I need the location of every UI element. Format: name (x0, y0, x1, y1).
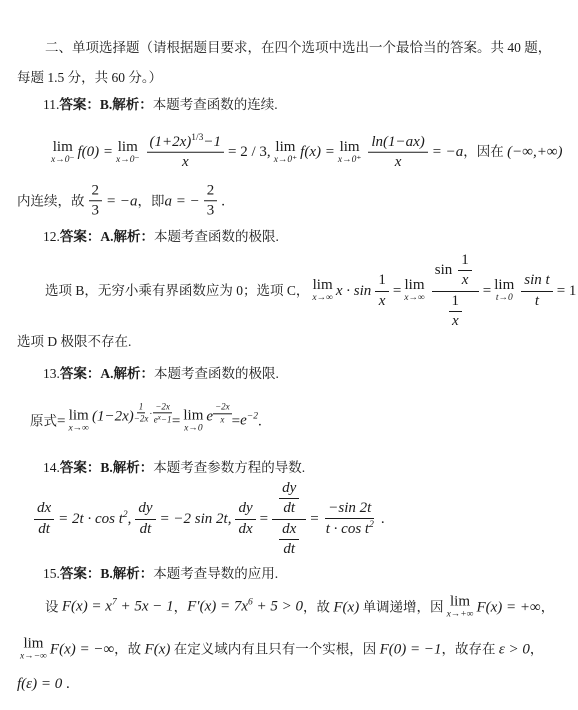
fraction-numerator: sin t (521, 272, 552, 291)
Fx-equals-x: F(x) = x (62, 599, 112, 615)
equals-sign: = (260, 509, 268, 529)
sin-operator: sin (435, 262, 453, 279)
equals-minus-a: = −a (106, 191, 138, 211)
exponent-block: −2xx (213, 403, 232, 425)
fraction-two-thirds: 23 (204, 182, 218, 220)
e-base: e (240, 413, 247, 429)
section-header-line2: 每题 1.5 分，共 60 分。） (17, 69, 162, 87)
so-text: ，故 (303, 598, 333, 616)
num-1: 1 (452, 293, 460, 310)
limit: limx→0⁻ (116, 139, 139, 165)
Fprime-equals-7x: F′(x) = 7x (187, 599, 248, 615)
q15-number: 15. (43, 565, 60, 583)
so-text: ，故 (114, 640, 144, 658)
num-1: 1 (461, 252, 469, 269)
fraction-denominator: dt (35, 520, 53, 538)
base-one-minus-2x: (1−2x) (92, 408, 134, 424)
fraction-denominator: 1x (442, 292, 470, 331)
limit-subscript: x→∞ (404, 294, 425, 304)
limit: limx→0⁺ (338, 139, 361, 165)
small-fraction: 1−2x (134, 402, 149, 424)
equals-sign: = (172, 411, 180, 431)
q11-formula-line1: limx→0⁻f(0) =limx→0⁻(1+2x)1/3−1x= 2 / 3,… (48, 133, 563, 172)
a-equals-minus: a = − (165, 191, 200, 211)
interval: (−∞,+∞) (507, 142, 562, 162)
small-fraction: −2xx (213, 403, 232, 425)
fraction: (1+2x)1/3−1x (147, 133, 225, 172)
minus-sin-2t: −sin 2t (328, 500, 371, 517)
equals-minus-2sin2t: = −2 sin 2t, (160, 509, 232, 529)
den-x: x (452, 313, 459, 330)
minus-one: −1 (161, 414, 172, 424)
dt: dt (38, 521, 50, 538)
section-header-line1: 二、单项选择题（请根据题目要求，在四个选项中选出一个最恰当的答案。共 40 题， (45, 39, 551, 57)
equals-2t-cos-t2: = 2t · cos t2, (58, 509, 131, 530)
fraction-numerator: 1 (458, 252, 472, 271)
section-title-text2: 每题 1.5 分，共 60 分。） (17, 69, 162, 87)
equals-minus-a: = −a (432, 142, 464, 162)
fraction-one-over-x: 1x (458, 252, 472, 290)
sin-t: sin t (524, 272, 549, 289)
fraction-numerator: −2x (153, 402, 172, 413)
limit-operator: lim (69, 408, 89, 423)
F-derivative: F′(x) = 7x6 + 5 > 0 (187, 597, 303, 618)
num-2: 2 (207, 182, 215, 199)
limit-operator: lim (313, 278, 333, 293)
t-cos-t2: t · cos t2 (326, 520, 374, 538)
epsilon-gt-0: ε > 0 (499, 639, 530, 659)
fraction-numerator: sin1x (432, 252, 479, 292)
expr-2t-cos-t: = 2t · cos t (58, 511, 123, 527)
q12-option-d-line: 选项 D 极限不存在. (17, 333, 131, 351)
q13-analysis-label: 解析： (114, 365, 155, 383)
increasing-text: 单调递增，因 (359, 598, 443, 616)
den-x: x (220, 415, 224, 424)
limit: limx→0⁺ (274, 139, 297, 165)
fraction-numerator: dx (34, 500, 54, 519)
limit-subscript: x→0⁻ (51, 155, 74, 165)
fraction-denominator: x (392, 153, 405, 171)
big-fraction: sin1x1x (432, 252, 479, 330)
limit: limx→∞ (404, 278, 425, 304)
equals-two-thirds: = 2 / 3, (228, 142, 271, 162)
q11-formula-line2: 内连续，故23= −a，即a = −23. (17, 182, 225, 220)
fraction: ln(1−ax)x (368, 133, 427, 171)
comma: , (128, 511, 132, 527)
numerator-expression: (1+2x)1/3−1 (150, 133, 222, 151)
q12-topic: 本题考查函数的极限. (154, 228, 279, 246)
result-fraction: −sin 2tt · cos t2 (323, 500, 377, 539)
q15-answer-label: 答案：B. (60, 565, 113, 583)
dy: dy (282, 480, 296, 497)
limit-operator: lim (183, 408, 203, 423)
limit-operator: lim (53, 139, 73, 154)
equals-one: = 1； (557, 281, 578, 301)
equals-sign: = (310, 509, 318, 529)
q14-number: 14. (43, 459, 60, 477)
den-minus-2x: −2x (134, 415, 149, 424)
fraction-numerator: 1 (375, 272, 389, 291)
fraction-denominator: −2x (134, 414, 149, 424)
comma: ， (541, 598, 555, 616)
limit-operator: lim (275, 139, 295, 154)
that-is-text: ，即 (138, 192, 165, 210)
fx-equals: f(x) = (300, 142, 335, 162)
fraction-denominator: dx (235, 520, 255, 538)
q14-title: 14.答案：B.解析：本题考查参数方程的导数. (43, 459, 305, 477)
fraction-denominator: t (532, 292, 542, 310)
fraction-numerator: (1+2x)1/3−1 (147, 133, 225, 153)
period: . (62, 674, 70, 694)
exponent-one-third: 1/3 (191, 133, 203, 143)
q14-analysis-label: 解析： (113, 459, 154, 477)
option-bc-text: 选项 B，无穷小乘有界函数应为 0；选项 C， (45, 282, 309, 300)
fraction-denominator: ex−1 (154, 413, 172, 424)
fraction-denominator: x (459, 271, 472, 289)
comma: ， (174, 598, 188, 616)
dx: dx (37, 500, 51, 517)
original-expr-text: 原式 (30, 412, 57, 430)
limit-subscript: x→∞ (68, 424, 89, 434)
plus-5-gt-0: + 5 > 0 (253, 599, 303, 615)
limit: limx→−∞ (20, 636, 47, 662)
den-x: x (379, 293, 386, 310)
limit-subscript: x→−∞ (20, 652, 47, 662)
ln-expr: ln(1−ax) (371, 133, 424, 150)
limit: limt→0 (494, 278, 514, 304)
q12-title: 12.答案：A.解析：本题考查函数的极限. (43, 228, 279, 246)
fraction-sint-over-t: sin tt (521, 272, 552, 310)
fraction-numerator: dx (279, 521, 299, 540)
q13-topic: 本题考查函数的极限. (154, 365, 279, 383)
fraction-numerator: 1 (449, 293, 463, 312)
num-2: 2 (92, 182, 100, 199)
Fx-equals-minus-inf: F(x) = −∞ (50, 639, 114, 659)
num-1: 1 (378, 272, 386, 289)
exponent-minus-2: −2 (247, 412, 258, 422)
q11-answer-label: 答案：B. (59, 96, 112, 114)
f0-equals: f(0) = (77, 142, 113, 162)
dydt-fraction: dydt (279, 480, 299, 518)
limit-operator: lim (340, 139, 360, 154)
limit: limx→+∞ (447, 594, 474, 620)
q13-number: 13. (43, 365, 60, 383)
fraction-denominator: dt (280, 540, 298, 558)
section-title-text: 二、单项选择题（请根据题目要求，在四个选项中选出一个最恰当的答案。共 40 题， (45, 39, 551, 57)
limit-subscript: x→0⁺ (338, 155, 361, 165)
limit-operator: lim (23, 636, 43, 651)
answer-sheet-page: 二、单项选择题（请根据题目要求，在四个选项中选出一个最恰当的答案。共 40 题，… (0, 0, 578, 710)
den-x: x (395, 154, 402, 171)
den-x: x (462, 272, 469, 289)
q11-number: 11. (43, 96, 59, 114)
unique-root-text: 在定义域内有且只有一个实根，因 (170, 640, 379, 658)
big-quotient-fraction: dydtdxdt (272, 480, 306, 558)
F-definition: F(x) = x7 + 5x − 1 (62, 597, 174, 618)
fraction-denominator: dxdt (272, 520, 306, 559)
ex-minus-1: ex−1 (154, 414, 172, 424)
fraction-numerator: dy (279, 480, 299, 499)
dydt-fraction: dydt (135, 500, 155, 538)
q15-topic: 本题考查导数的应用. (153, 565, 278, 583)
fraction-numerator: ln(1−ax) (368, 133, 427, 152)
equals-sign: = (57, 411, 65, 431)
dx: dx (282, 521, 296, 538)
period: . (381, 509, 385, 529)
fraction-numerator: 2 (204, 182, 218, 201)
q11-analysis-label: 解析： (112, 96, 153, 114)
minus-one: −1 (203, 134, 221, 150)
small-fraction: −2xex−1 (153, 402, 172, 425)
equals-sign: = (483, 281, 491, 301)
fraction-numerator: 2 (89, 182, 103, 201)
equals-sign: = (393, 281, 401, 301)
limit: limx→0 (183, 408, 203, 434)
limit: limx→∞ (312, 278, 333, 304)
equals-sign: = (232, 411, 240, 431)
limit-subscript: x→0⁺ (274, 155, 297, 165)
den-3: 3 (92, 203, 100, 220)
t-cos-t: t · cos t (326, 521, 369, 537)
dt: dt (283, 500, 295, 517)
q15-line2: limx→−∞F(x) = −∞，故 F(x) 在定义域内有且只有一个实根，因 … (17, 636, 543, 662)
fraction-denominator: 3 (89, 202, 103, 220)
fraction-denominator: x (220, 414, 224, 424)
q14-answer-label: 答案：B. (60, 459, 113, 477)
fraction-one-over-x: 1x (449, 293, 463, 331)
q13-answer-label: 答案：A. (60, 365, 114, 383)
dxdt-fraction: dxdt (279, 521, 299, 559)
den-3: 3 (207, 203, 215, 220)
exponent-2: 2 (369, 520, 374, 530)
dy: dy (138, 500, 152, 517)
limit-operator: lim (450, 594, 470, 609)
base-expr: (1+2x) (150, 134, 192, 150)
q12-answer-label: 答案：A. (60, 228, 114, 246)
limit-subscript: x→0 (184, 424, 202, 434)
fraction-denominator: x (376, 292, 389, 310)
Fx: F(x) (145, 639, 171, 659)
dt: dt (140, 521, 152, 538)
dydx-fraction: dydx (235, 500, 255, 538)
q13-formula-line: 原式=limx→∞(1−2x)1−2x·−2xex−1=limx→0e−2xx=… (30, 406, 262, 435)
dot-operator: · (149, 407, 152, 419)
power-expression: (1−2x)1−2x·−2xex−1 (92, 406, 172, 435)
limit-subscript: t→0 (496, 294, 513, 304)
fraction-numerator: −sin 2t (325, 500, 374, 519)
fraction-numerator: dy (135, 500, 155, 519)
fraction-numerator: dydt (272, 480, 306, 520)
fraction-numerator: −2x (213, 403, 232, 414)
e-power-expression: e−2xx (206, 407, 231, 436)
period: . (258, 411, 262, 431)
e-minus-2: e−2 (240, 411, 258, 432)
option-d-text: 选项 D 极限不存在. (17, 333, 131, 351)
limit: limx→∞ (68, 408, 89, 434)
e-base: e (206, 409, 213, 425)
den-x: x (182, 154, 189, 171)
fraction-two-thirds: 23 (89, 182, 103, 220)
exponent-block: 1−2x·−2xex−1 (134, 402, 172, 425)
exists-text: ，故存在 (442, 640, 499, 658)
q12-analysis-label: 解析： (114, 228, 155, 246)
fraction-denominator: x (179, 153, 192, 171)
fraction-denominator: t · cos t2 (323, 519, 377, 538)
let-text: 设 (45, 598, 62, 616)
q14-formula-line: dxdt= 2t · cos t2,dydt= −2 sin 2t,dydx=d… (30, 480, 385, 558)
limit-subscript: x→∞ (312, 294, 333, 304)
fraction-one-over-x: 1x (375, 272, 389, 310)
q12-number: 12. (43, 228, 60, 246)
fraction-denominator: dt (280, 499, 298, 517)
dx: dx (238, 521, 252, 538)
fraction-denominator: x (449, 312, 462, 330)
dxdt-fraction: dxdt (34, 500, 54, 538)
period: . (221, 191, 225, 211)
q12-formula-line: 选项 B，无穷小乘有界函数应为 0；选项 C，limx→∞x · sin1x=l… (45, 252, 578, 330)
Fx-equals-plus-inf: F(x) = +∞ (476, 597, 540, 617)
dy: dy (238, 500, 252, 517)
comma: ， (530, 640, 544, 658)
continuous-text: 内连续，故 (17, 192, 85, 210)
f-epsilon-equals-0: f(ε) = 0 (17, 674, 62, 694)
limit-subscript: x→+∞ (447, 610, 474, 620)
q15-line3: f(ε) = 0 . (17, 674, 70, 694)
den-t: t (535, 293, 539, 310)
plus-5x-minus-1: + 5x − 1 (117, 599, 174, 615)
q15-line1: 设 F(x) = x7 + 5x − 1，F′(x) = 7x6 + 5 > 0… (45, 594, 554, 620)
limit-operator: lim (405, 278, 425, 293)
fraction-numerator: dy (235, 500, 255, 519)
num-minus-2x: −2x (215, 403, 230, 412)
fraction-denominator: dt (137, 520, 155, 538)
dt: dt (283, 541, 295, 558)
q13-title: 13.答案：A.解析：本题考查函数的极限. (43, 365, 279, 383)
because-in-text: ，因在 (463, 143, 507, 161)
num-1: 1 (139, 402, 144, 411)
limit: limx→0⁻ (51, 139, 74, 165)
x-sin: x · sin (336, 281, 371, 301)
q11-title: 11.答案：B.解析：本题考查函数的连续. (43, 96, 278, 114)
F0-equals-minus-1: F(0) = −1 (380, 639, 442, 659)
fraction-denominator: 3 (204, 202, 218, 220)
q14-topic: 本题考查参数方程的导数. (153, 459, 305, 477)
num-minus-2x: −2x (155, 402, 170, 411)
q11-topic: 本题考查函数的连续. (153, 96, 278, 114)
limit-operator: lim (118, 139, 138, 154)
limit-operator: lim (494, 278, 514, 293)
q15-title: 15.答案：B.解析：本题考查导数的应用. (43, 565, 278, 583)
limit-subscript: x→0⁻ (116, 155, 139, 165)
Fx: F(x) (333, 597, 359, 617)
q15-analysis-label: 解析： (113, 565, 154, 583)
fraction-numerator: 1 (137, 402, 146, 413)
